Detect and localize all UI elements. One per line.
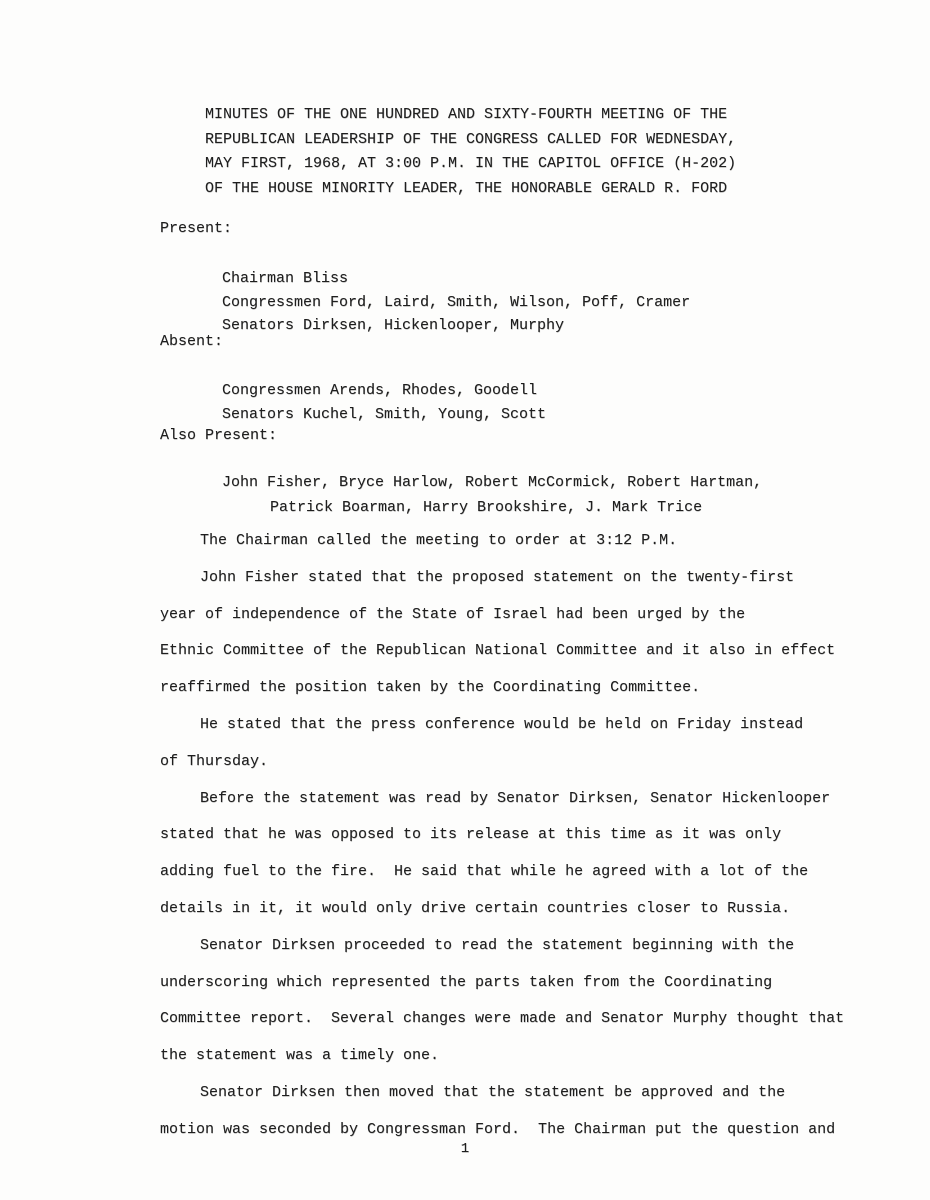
body-line: He stated that the press conference woul… — [160, 707, 910, 744]
body-line: Ethnic Committee of the Republican Natio… — [160, 633, 910, 670]
body-line: Committee report. Several changes were m… — [160, 1001, 910, 1038]
absent-label: Absent: — [160, 330, 223, 354]
body-line: The Chairman called the meeting to order… — [160, 523, 910, 560]
body-line: stated that he was opposed to its releas… — [160, 817, 910, 854]
attendee-line: Senators Kuchel, Smith, Young, Scott — [222, 403, 546, 427]
body-line: details in it, it would only drive certa… — [160, 891, 910, 928]
attendee-line: Congressmen Ford, Laird, Smith, Wilson, … — [222, 291, 690, 315]
body-line: year of independence of the State of Isr… — [160, 597, 910, 634]
present-label: Present: — [160, 217, 232, 241]
body-line: Before the statement was read by Senator… — [160, 781, 910, 818]
title-line: MAY FIRST, 1968, AT 3:00 P.M. IN THE CAP… — [205, 152, 736, 177]
also-present-list: John Fisher, Bryce Harlow, Robert McCorm… — [222, 470, 762, 520]
body-line: underscoring which represented the parts… — [160, 965, 910, 1002]
present-list: Chairman Bliss Congressmen Ford, Laird, … — [222, 267, 690, 338]
page-number: 1 — [0, 1141, 930, 1157]
attendee-line: Senators Dirksen, Hickenlooper, Murphy — [222, 314, 690, 338]
body-line: Senator Dirksen proceeded to read the st… — [160, 928, 910, 965]
attendee-line: Patrick Boarman, Harry Brookshire, J. Ma… — [270, 495, 762, 520]
body-line: John Fisher stated that the proposed sta… — [160, 560, 910, 597]
attendee-line: Congressmen Arends, Rhodes, Goodell — [222, 379, 546, 403]
title-block: MINUTES OF THE ONE HUNDRED AND SIXTY-FOU… — [205, 103, 736, 201]
attendee-line: John Fisher, Bryce Harlow, Robert McCorm… — [222, 470, 762, 495]
attendee-line: Chairman Bliss — [222, 267, 690, 291]
title-line: MINUTES OF THE ONE HUNDRED AND SIXTY-FOU… — [205, 103, 736, 128]
minutes-body: The Chairman called the meeting to order… — [160, 523, 910, 1149]
title-line: OF THE HOUSE MINORITY LEADER, THE HONORA… — [205, 177, 736, 202]
body-line: adding fuel to the fire. He said that wh… — [160, 854, 910, 891]
also-present-label: Also Present: — [160, 424, 277, 448]
body-line: reaffirmed the position taken by the Coo… — [160, 670, 910, 707]
body-line: the statement was a timely one. — [160, 1038, 910, 1075]
body-line: of Thursday. — [160, 744, 910, 781]
body-line: Senator Dirksen then moved that the stat… — [160, 1075, 910, 1112]
document-page: MINUTES OF THE ONE HUNDRED AND SIXTY-FOU… — [0, 0, 930, 1200]
absent-list: Congressmen Arends, Rhodes, Goodell Sena… — [222, 379, 546, 426]
title-line: REPUBLICAN LEADERSHIP OF THE CONGRESS CA… — [205, 128, 736, 153]
